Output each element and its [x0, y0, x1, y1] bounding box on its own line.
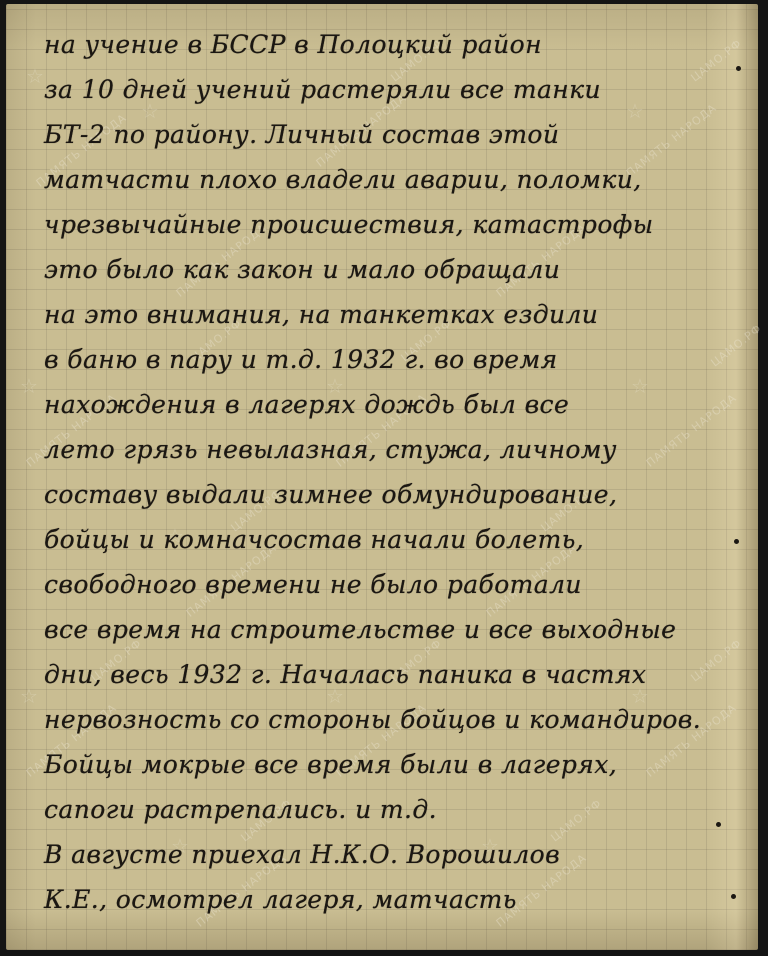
- star-watermark-icon: ☆: [26, 64, 44, 88]
- text-line: Бойцы мокрые все время были в лагерях,: [44, 742, 744, 787]
- text-line: свободного времени не было работали: [44, 562, 744, 607]
- text-line: дни, весь 1932 г. Началась паника в част…: [44, 652, 744, 697]
- text-line: в баню в пару и т.д. 1932 г. во время: [44, 337, 744, 382]
- text-line: за 10 дней учений растеряли все танки: [44, 67, 744, 112]
- text-line: на это внимания, на танкетках ездили: [44, 292, 744, 337]
- text-line: нахождения в лагерях дождь был все: [44, 382, 744, 427]
- text-line: на учение в БССР в Полоцкий район: [44, 22, 744, 67]
- text-line: составу выдали зимнее обмундирование,: [44, 472, 744, 517]
- text-line: нервозность со стороны бойцов и командир…: [44, 697, 744, 742]
- text-line: лето грязь невылазная, стужа, личному: [44, 427, 744, 472]
- text-line: БТ-2 по району. Личный состав этой: [44, 112, 744, 157]
- text-line: К.Е., осмотрел лагеря, матчасть: [44, 877, 744, 922]
- text-line: это было как закон и мало обращали: [44, 247, 744, 292]
- text-line: бойцы и комначсостав начали болеть,: [44, 517, 744, 562]
- text-line: сапоги растрепались. и т.д.: [44, 787, 744, 832]
- star-watermark-icon: ☆: [20, 374, 38, 398]
- handwritten-text: на учение в БССР в Полоцкий район за 10 …: [44, 22, 744, 922]
- text-line: В августе приехал Н.К.О. Ворошилов: [44, 832, 744, 877]
- text-line: все время на строительстве и все выходны…: [44, 607, 744, 652]
- star-watermark-icon: ☆: [20, 684, 38, 708]
- document-page: ☆ ПАМЯТЬ НАРОДА ПАМЯТЬ НАРОДА ЦАМО.РФ ЦА…: [6, 4, 758, 950]
- text-line: чрезвычайные происшествия, катастрофы: [44, 202, 744, 247]
- text-line: матчасти плохо владели аварии, поломки,: [44, 157, 744, 202]
